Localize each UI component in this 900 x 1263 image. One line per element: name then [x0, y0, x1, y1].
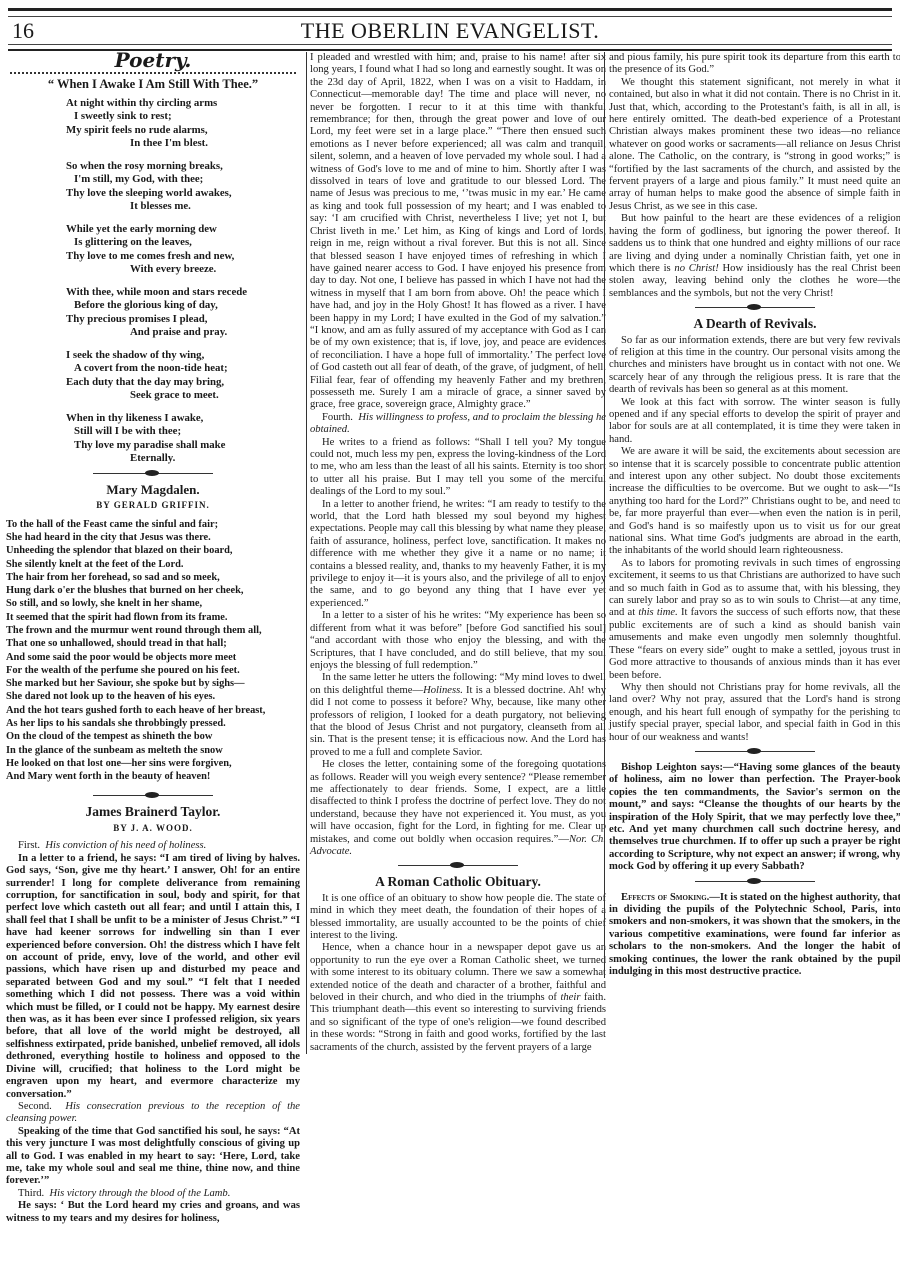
column-3: and pious family, his pure spirit took i…: [604, 52, 900, 978]
poem-line: Seek grace to meet.: [66, 389, 300, 403]
article-paragraph: Bishop Leighton says:—“Having some glanc…: [609, 762, 900, 874]
poem-line: Thy love the sleeping world awakes,: [66, 187, 300, 201]
article-paragraph: In a letter to a sister of his he writes…: [310, 610, 606, 672]
article-title: A Roman Catholic Obituary.: [310, 876, 606, 888]
smoking-heading: Effects of Smoking.: [621, 892, 709, 903]
article-paragraph: He writes to a friend as follows: “Shall…: [310, 437, 606, 499]
poem-line: The hair from her forehead, so sad and s…: [6, 571, 300, 584]
article-paragraph: So far as our information extends, there…: [609, 335, 900, 397]
article-paragraph: and pious family, his pure spirit took i…: [609, 52, 900, 77]
poem-line: On the cloud of the tempest as shineth t…: [6, 730, 300, 743]
poem-line: My spirit feels no rude alarms,: [66, 124, 300, 138]
poem-line: Eternally.: [66, 452, 300, 466]
poem-line: And some said the poor would be objects …: [6, 651, 300, 664]
poem-line: When in thy likeness I awake,: [66, 412, 300, 426]
byline: BY GERALD GRIFFIN.: [6, 499, 300, 511]
article-title: A Dearth of Revivals.: [609, 318, 900, 330]
poem-line: So still, and so lowly, she knelt in her…: [6, 597, 300, 610]
poem-stanza: At night within thy circling arms I swee…: [66, 97, 300, 151]
poem-line: Thy love to me comes fresh and new,: [66, 250, 300, 264]
article-subheading: First. His conviction of his need of hol…: [6, 840, 300, 852]
article-subheading: Fourth. His willingness to profess, and …: [310, 412, 606, 437]
poem-line: It seemed that the spirit had flown from…: [6, 611, 300, 624]
poem-line: While yet the early morning dew: [66, 223, 300, 237]
poem-line: With thee, while moon and stars recede: [66, 286, 300, 300]
article-paragraph: We are aware it will be said, the excite…: [609, 446, 900, 558]
ballad-lines: To the hall of the Feast came the sinful…: [6, 518, 300, 784]
poem-title: Mary Magdalen.: [6, 484, 300, 496]
article-paragraph: In a letter to another friend, he writes…: [310, 499, 606, 611]
article-paragraph: Effects of Smoking.—It is stated on the …: [609, 892, 900, 979]
column-2: I pleaded and wrestled with him; and, pr…: [306, 52, 606, 1054]
ornament-divider: [695, 748, 815, 756]
ornament-divider: [398, 862, 518, 870]
poem-stanza: So when the rosy morning breaks, I'm sti…: [66, 160, 300, 214]
poem-line: Is glittering on the leaves,: [66, 236, 300, 250]
byline: BY J. A. WOOD.: [6, 822, 300, 834]
article-paragraph: We thought this statement significant, n…: [609, 77, 900, 213]
column-1: Poetry. “ When I Awake I Am Still With T…: [6, 52, 300, 1225]
poem-stanza: With thee, while moon and stars recede B…: [66, 286, 300, 340]
article-paragraph: In a letter to a friend, he says: “I am …: [6, 853, 300, 1101]
poem-line: That one so unhallowed, should tread in …: [6, 637, 300, 650]
poem-title: “ When I Awake I Am Still With Thee.”: [6, 78, 300, 90]
poem-line: She marked but her Saviour, she spoke bu…: [6, 677, 300, 690]
poem-line: It blesses me.: [66, 200, 300, 214]
article-paragraph: In the same letter he utters the followi…: [310, 672, 606, 759]
poem-stanza: I seek the shadow of thy wing, A covert …: [66, 349, 300, 403]
poem-line: She dared not look up to the heaven of h…: [6, 690, 300, 703]
poem-stanza: When in thy likeness I awake, Still will…: [66, 412, 300, 466]
poem-line: Thy love my paradise shall make: [66, 439, 300, 453]
poem-line: She silently knelt at the feet of the Lo…: [6, 558, 300, 571]
poem-line: For the wealth of the perfume she poured…: [6, 664, 300, 677]
article-subheading: Third. His victory through the blood of …: [6, 1188, 300, 1200]
poem-line: And the hot tears gushed forth to each h…: [6, 704, 300, 717]
article-subheading: Second. His consecration previous to the…: [6, 1101, 300, 1126]
poem-line: Unheeding the splendor that blazed on th…: [6, 544, 300, 557]
article-paragraph: Hence, when a chance hour in a newspaper…: [310, 942, 606, 1054]
poem-line: A covert from the noon-tide heat;: [66, 362, 300, 376]
poem-line: I seek the shadow of thy wing,: [66, 349, 300, 363]
article-paragraph: It is one office of an obituary to show …: [310, 893, 606, 943]
ornament-divider: [695, 878, 815, 886]
poem-line: To the hall of the Feast came the sinful…: [6, 518, 300, 531]
poem-line: The frown and the murmur went round thro…: [6, 624, 300, 637]
newspaper-title: THE OBERLIN EVANGELIST.: [10, 18, 890, 44]
article-paragraph: I pleaded and wrestled with him; and, pr…: [310, 52, 606, 412]
poem-line: She had heard in the city that Jesus was…: [6, 531, 300, 544]
poetry-section-heading: Poetry.: [6, 54, 300, 66]
ornament-divider: [93, 792, 213, 800]
poem-line: He looked on that lost one—her sins were…: [6, 757, 300, 770]
poem-line: And Mary went forth in the beauty of hea…: [6, 770, 300, 783]
poem-line: Thy precious promises I plead,: [66, 313, 300, 327]
poem-line: In thee I'm blest.: [66, 137, 300, 151]
poem-line: As her lips to his sandals she throbbing…: [6, 717, 300, 730]
article-paragraph: Speaking of the time that God sanctified…: [6, 1126, 300, 1188]
poem-line: Hung dark o'er the blushes that burned o…: [6, 584, 300, 597]
poem-stanza: While yet the early morning dew Is glitt…: [66, 223, 300, 277]
poem-line: Before the glorious king of day,: [66, 299, 300, 313]
article-paragraph: But how painful to the heart are these e…: [609, 213, 900, 300]
poem-line: Still will I be with thee;: [66, 425, 300, 439]
poem-line: And praise and pray.: [66, 326, 300, 340]
ornament-divider: [93, 470, 213, 478]
poem-line: With every breeze.: [66, 263, 300, 277]
ornament-divider: [695, 304, 815, 312]
article-paragraph: We look at this fact with sorrow. The wi…: [609, 397, 900, 447]
article-paragraph: He says: ‘ But the Lord heard my cries a…: [6, 1200, 300, 1225]
poem-line: Each duty that the day may bring,: [66, 376, 300, 390]
poem-line: I sweetly sink to rest;: [66, 110, 300, 124]
article-title: James Brainerd Taylor.: [6, 806, 300, 818]
poem-line: At night within thy circling arms: [66, 97, 300, 111]
article-paragraph: He closes the letter, containing some of…: [310, 759, 606, 858]
article-paragraph: As to labors for promoting revivals in s…: [609, 558, 900, 682]
article-paragraph: Why then should not Christians pray for …: [609, 682, 900, 744]
masthead: 16 THE OBERLIN EVANGELIST.: [10, 16, 890, 42]
poem-line: I'm still, my God, with thee;: [66, 173, 300, 187]
poem-line: So when the rosy morning breaks,: [66, 160, 300, 174]
poem-line: In the glance of the sunbeam as melteth …: [6, 744, 300, 757]
